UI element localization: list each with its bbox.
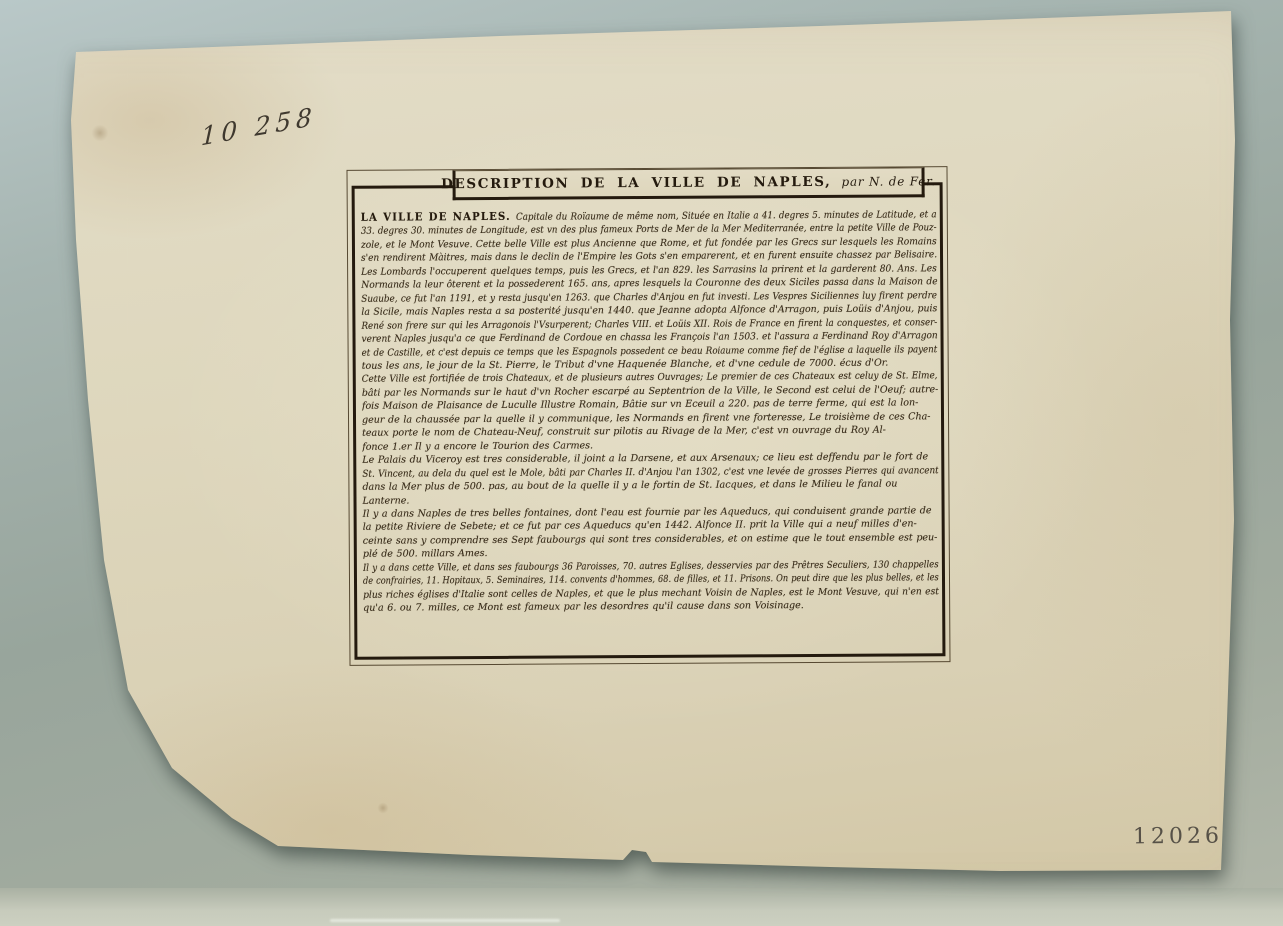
paragraph: Cette Ville est fortifiée de trois Chate… bbox=[362, 370, 938, 454]
plate-title: DESCRIPTION DE LA VILLE DE NAPLES, bbox=[441, 174, 831, 192]
engraved-plate: DESCRIPTION DE LA VILLE DE NAPLES, par N… bbox=[346, 166, 950, 666]
paragraph: Il y a dans Naples de tres belles fontai… bbox=[363, 504, 939, 561]
plate-byline: par N. de Fer. bbox=[841, 174, 936, 189]
handwritten-inventory-number: 10 258 bbox=[200, 101, 317, 151]
paragraph: Le Palais du Viceroy est tres considerab… bbox=[362, 450, 938, 507]
paragraph: Il y a dans cette Ville, et dans ses fau… bbox=[363, 558, 939, 615]
collection-stamp: 12026 bbox=[1133, 824, 1223, 850]
paper-shadow: 10 258 DESCRIPTION DE LA VILLE DE NAPLES… bbox=[0, 0, 1283, 926]
title-cartouche: DESCRIPTION DE LA VILLE DE NAPLES, par N… bbox=[452, 167, 924, 200]
paragraph: LA VILLE DE NAPLES. Capitale du Roïaume … bbox=[361, 207, 938, 373]
text-block: LA VILLE DE NAPLES. Capitale du Roïaume … bbox=[361, 207, 940, 656]
paper-sheet: 10 258 DESCRIPTION DE LA VILLE DE NAPLES… bbox=[0, 0, 1283, 926]
paragraph-lead: LA VILLE DE NAPLES. bbox=[361, 210, 516, 224]
